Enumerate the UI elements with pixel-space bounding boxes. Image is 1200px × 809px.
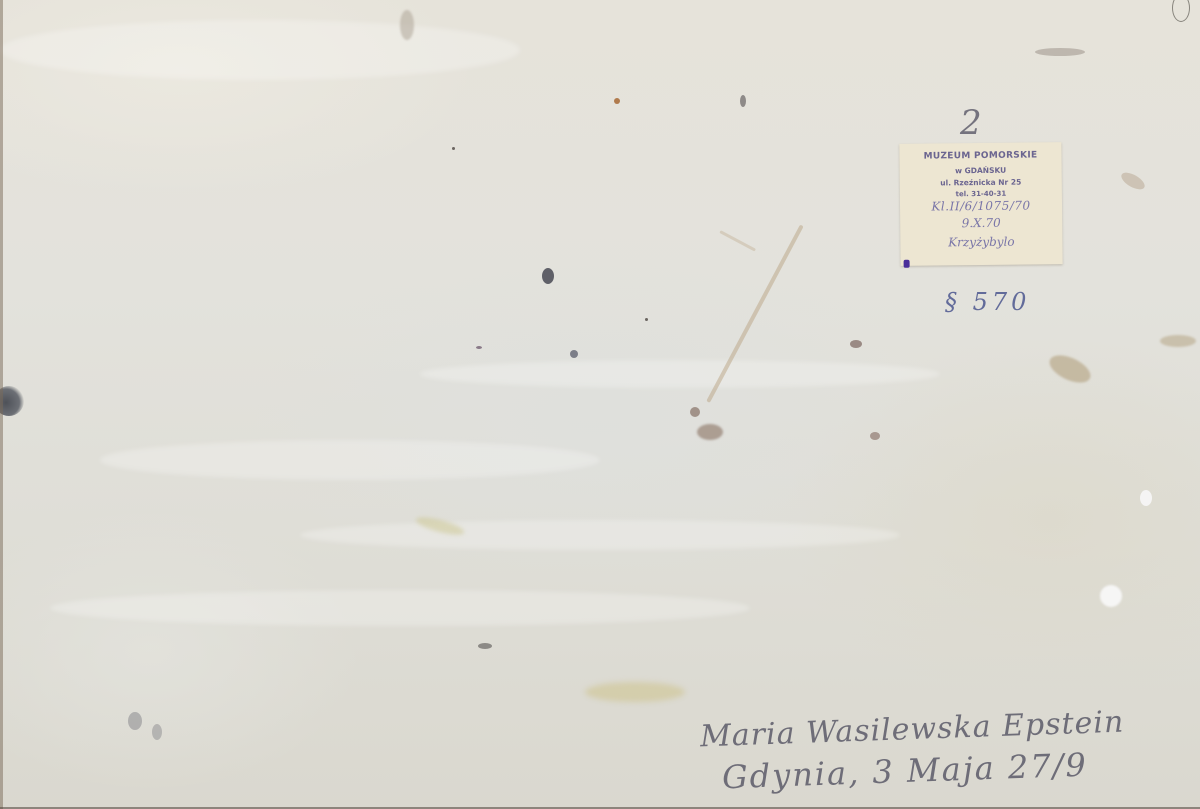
tan-stain	[1160, 335, 1196, 347]
accession-date: 9.X.70	[900, 215, 1062, 231]
dark-speck	[740, 95, 746, 107]
museum-city: w GDAŃSKU	[900, 165, 1062, 176]
dark-speck	[870, 432, 880, 440]
drip-streak	[719, 230, 756, 251]
museum-phone: tel. 31-40-31	[900, 189, 1062, 199]
surface-wrinkle	[100, 440, 600, 480]
tan-stain	[1045, 350, 1094, 389]
dark-speck	[645, 318, 648, 321]
inventory-number: Kl.II/6/1075/70	[900, 198, 1062, 214]
dark-speck	[542, 268, 554, 284]
museum-label: MUZEUM POMORSKIE w GDAŃSKU ul. Rzeźnicka…	[899, 142, 1062, 266]
rust-speck	[614, 98, 620, 104]
yellow-stain	[585, 682, 685, 702]
price-note: § 570	[945, 288, 1030, 316]
grey-smudge	[152, 724, 162, 740]
dark-paint-blob	[0, 386, 24, 416]
surface-wrinkle	[300, 520, 900, 550]
curator-signature: Krzyżybylo	[900, 234, 1062, 250]
board-left-edge	[0, 0, 3, 809]
corner-pencil-circle	[1172, 0, 1190, 22]
tan-stain	[400, 10, 414, 40]
tan-stain	[1119, 169, 1148, 192]
artist-address-inscription: Gdynia, 3 Maja 27/9	[721, 746, 1088, 797]
pencil-number: 2	[960, 103, 982, 143]
surface-wrinkle	[50, 590, 750, 626]
brown-dot	[690, 407, 700, 417]
surface-wrinkle	[420, 360, 940, 388]
white-spot	[1140, 490, 1152, 506]
grey-smudge	[128, 712, 142, 730]
dark-speck	[850, 340, 862, 348]
painting-reverse-board: 2 MUZEUM POMORSKIE w GDAŃSKU ul. Rzeźnic…	[0, 0, 1200, 809]
dark-speck	[476, 346, 482, 349]
brown-stain	[697, 424, 723, 440]
surface-wrinkle	[0, 20, 520, 80]
tan-stain	[1035, 48, 1085, 56]
museum-name: MUZEUM POMORSKIE	[899, 150, 1061, 162]
dark-speck	[570, 350, 578, 358]
dark-speck	[478, 643, 492, 649]
ink-mark	[904, 260, 910, 268]
white-spot	[1100, 585, 1122, 607]
museum-address: ul. Rzeźnicka Nr 25	[900, 177, 1062, 188]
dark-speck	[452, 147, 455, 150]
